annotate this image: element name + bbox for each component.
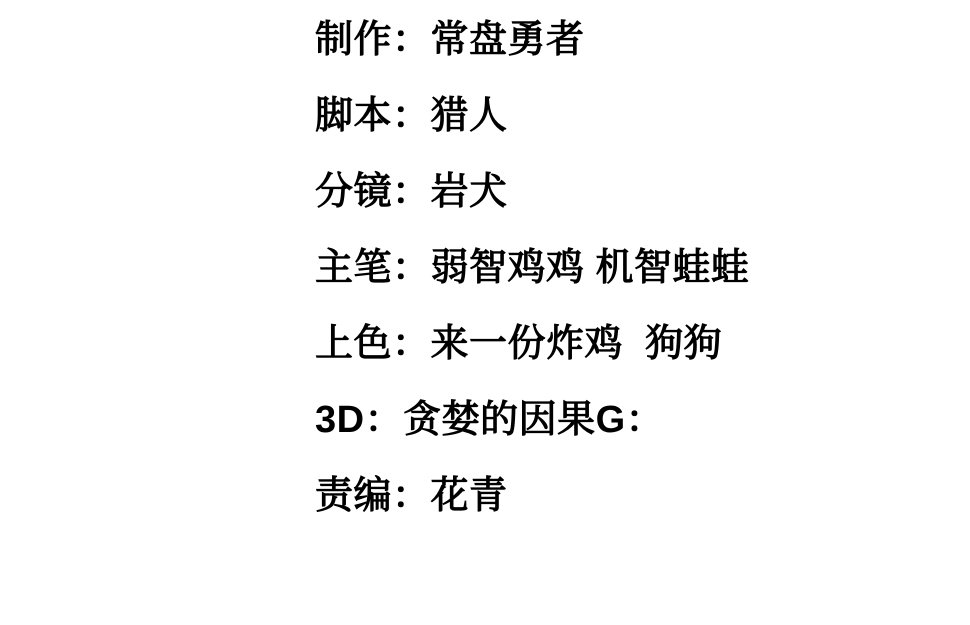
credits-page: 制作：常盘勇者 脚本：猎人 分镜：岩犬 主笔：弱智鸡鸡 机智蛙蛙 上色：来一份炸… [0,0,970,625]
credit-line-production: 制作：常盘勇者 [315,2,970,78]
credit-line-editor: 责编：花青 [315,458,970,534]
credit-line-3d: 3D：贪婪的因果G： [315,382,970,458]
credit-line-lead-artist: 主笔：弱智鸡鸡 机智蛙蛙 [315,230,970,306]
credit-line-coloring: 上色：来一份炸鸡 狗狗 [315,306,970,382]
credit-line-script: 脚本：猎人 [315,78,970,154]
credit-line-storyboard: 分镜：岩犬 [315,154,970,230]
